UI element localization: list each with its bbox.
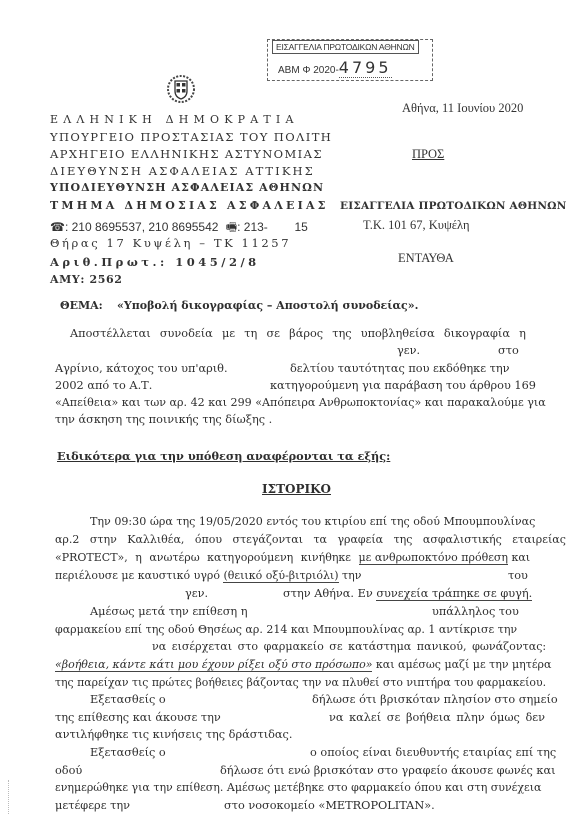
history-p4-line1b: ο οποίος είναι διευθυντής εταιρίας επί τ…: [310, 746, 556, 759]
recipient-name: ΕΙΣΑΓΓΕΛΙΑ ΠΡΩΤΟΔΙΚΩΝ ΑΘΗΝΩΝ: [340, 200, 567, 212]
history-p3-line3: αντιλήφθηκε τις κινήσεις της δράστιδας.: [55, 728, 292, 741]
history-p3-line1a: Εξετασθείς ο: [90, 693, 166, 706]
annotated-acid: (θειικό οξύ-βιτριόλι): [223, 569, 338, 583]
phone-icon: ☎: [50, 220, 65, 234]
intro-line-3a: Αγρίνιο, κάτοχος του υπ'αριθ.: [55, 362, 228, 375]
intro-line-4a: 2002 από το Α.Τ.: [55, 379, 152, 392]
history-p3-line2a: της επίθεσης και άκουσε την: [55, 711, 221, 724]
recipient-local: ΕΝΤΑΥΘΑ: [398, 251, 454, 266]
greek-coat-of-arms-icon: [166, 74, 196, 104]
header-department: ΤΜΗΜΑ ΔΗΜΟΣΙΑΣ ΑΣΦΑΛΕΙΑΣ: [50, 199, 329, 212]
annotated-flight: συνεχεία τράπηκε σε φυγή.: [376, 587, 532, 601]
subject-text: «Υποβολή δικογραφίας – Αποστολή συνοδεία…: [117, 299, 418, 312]
history-p2-line2: φαρμακείου επί της οδού Θησέως αρ. 214 κ…: [55, 623, 517, 636]
history-p1-line4: περιέλουσε με καυστικό υγρό (θειικό οξύ-…: [55, 569, 361, 582]
fax-number: : 213- 15: [237, 220, 308, 234]
history-p1-line1: Την 09:30 ώρα της 19/05/2020 εντός του κ…: [90, 515, 535, 528]
header-republic: ΕΛΛΗΝΙΚΗ ΔΗΜΟΚΡΑΤΙΑ: [50, 113, 299, 126]
history-p4-line1a: Εξετασθείς ο: [90, 746, 166, 759]
intro-line-3b: δελτίου ταυτότητας που εκδόθηκε την: [290, 362, 510, 375]
history-p2-line1a: Αμέσως μετά την επίθεση η: [90, 605, 248, 618]
history-p1-line3: «PROTECT», η ανωτέρω κατηγορούμενη κινήθ…: [55, 551, 530, 564]
to-label: ΠΡΟΣ: [412, 147, 444, 162]
protocol-number: Αριθ.Πρωτ.: 1045/2/8: [50, 255, 260, 269]
history-p1-line5a: γεν.: [185, 587, 208, 600]
stamp-reg-number: 4795: [339, 58, 392, 78]
annotated-quote: «βοήθεια, κάντε κάτι μου έχουν ρίξει οξύ…: [55, 658, 372, 672]
intro-line-1: Αποστέλλεταισυνοδείαμετησεβάροςτηςυποβλη…: [70, 327, 526, 340]
history-p4-line3: ενημερώθηκε για την επίθεση. Αμέσως μετέ…: [55, 781, 541, 794]
phone-numbers: : 210 8695537, 210 8695542: [65, 220, 218, 234]
history-p4-line4b: στο νοσοκομείο «METROPOLITAN».: [224, 799, 435, 812]
intro-line-4b: κατηγορούμενη για παράβαση του άρθρου 16…: [270, 379, 536, 392]
document-date: Αθήνα, 11 Ιουνίου 2020: [402, 101, 523, 116]
details-heading: Ειδικότερα για την υπόθεση αναφέρονται τ…: [57, 449, 390, 463]
header-police-hq: ΑΡΧΗΓΕΙΟ ΕΛΛΗΝΙΚΗΣ ΑΣΤΥΝΟΜΙΑΣ: [50, 147, 323, 161]
history-p4-line4a: μετέφερε την: [55, 799, 130, 812]
history-p3-line2b: να καλεί σε βοήθεια πλην όμως δεν: [329, 711, 545, 724]
stamp-reg-prefix: ΑΒΜ Φ 2020-: [278, 65, 339, 76]
intro-line-2a: γεν.: [397, 344, 420, 357]
history-p2-line1b: υπάλληλος του: [432, 605, 519, 618]
fax-icon: 🖷: [226, 220, 237, 234]
history-p3-line1b: δήλωσε ότι βρισκόταν πλησίον στο σημείο: [312, 693, 558, 706]
intro-line-5: «Απείθεια» και των αρ. 42 και 299 «Απόπε…: [55, 396, 546, 409]
history-p2-line5: της παρείχαν τις πρώτες βοήθειες βάζοντα…: [55, 676, 546, 689]
subject-label: ΘΕΜΑ:: [60, 299, 103, 312]
header-directorate: ΔΙΕΥΘΥΝΣΗ ΑΣΦΑΛΕΙΑΣ ΑΤΤΙΚΗΣ: [50, 164, 315, 178]
annotated-intent: με ανθρωποκτόνο πρόθεση: [359, 551, 509, 565]
amy-number: ΑΜΥ: 2562: [50, 273, 122, 286]
header-address: Θήρας 17 Κυψέλη – ΤΚ 11257: [50, 236, 291, 250]
history-heading: ΙΣΤΟΡΙΚΟ: [262, 482, 331, 496]
stamp-authority: ΕΙΣΑΓΓΕΛΙΑ ΠΡΩΤΟΔΙΚΩΝ ΑΘΗΝΩΝ: [272, 40, 419, 54]
header-subdirectorate: ΥΠΟΔΙΕΥΘΥΝΣΗ ΑΣΦΑΛΕΙΑΣ ΑΘΗΝΩΝ: [50, 181, 324, 194]
history-p1-line4-end: του: [508, 569, 528, 582]
scan-artifact: [8, 780, 17, 814]
history-p2-line4: «βοήθεια, κάντε κάτι μου έχουν ρίξει οξύ…: [55, 658, 551, 671]
history-p1-line2: αρ.2 στην Καλλιθέα, όπου στεγάζονται τα …: [55, 533, 566, 546]
history-p4-line2b: δήλωσε ότι ενώ βρισκόταν στο γραφείο άκο…: [220, 764, 556, 777]
intro-line-6: την άσκηση της ποινικής της δίωξης .: [55, 413, 272, 426]
history-p1-line5: στην Αθήνα. Εν συνεχεία τράπηκε σε φυγή.: [283, 587, 532, 600]
stamp-registration: ΑΒΜ Φ 2020-4795: [278, 58, 392, 77]
history-p2-line3: να εισέρχεται στο φαρμακείο σε κατάστημα…: [152, 640, 546, 653]
recipient-address: Τ.Κ. 101 67, Κυψέλη: [363, 218, 470, 233]
header-ministry: ΥΠΟΥΡΓΕΙΟ ΠΡΟΣΤΑΣΙΑΣ ΤΟΥ ΠΟΛΙΤΗ: [50, 130, 332, 144]
history-p4-line2a: οδού: [55, 764, 82, 777]
intro-line-2b: στο: [498, 344, 519, 357]
